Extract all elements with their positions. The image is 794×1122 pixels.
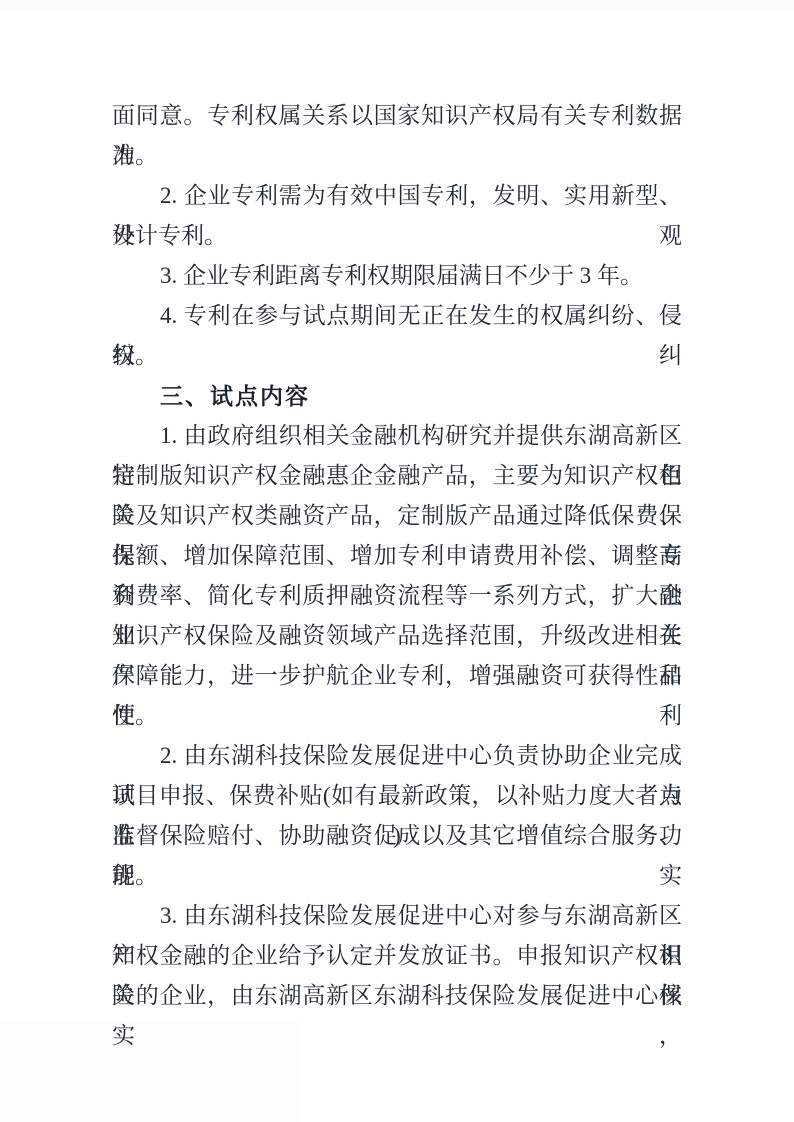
text-line: 面同意。专利权属关系以国家知识产权局有关专利数据为 — [112, 96, 682, 136]
section-heading: 三、试点内容 — [112, 376, 682, 416]
text-line: 项目申报、保费补贴(如有最新政策，以补贴力度大者为准)、 — [112, 776, 682, 816]
text-line: 1. 由政府组织相关金融机构研究并提供东湖高新区特色 — [112, 416, 682, 456]
text-line: 险的企业，由东湖高新区东湖科技保险发展促进中心核实， — [112, 976, 682, 1016]
text-line: 3. 企业专利距离专利权期限届满日不少于 3 年。 — [112, 256, 682, 296]
text-line: 监督保险赔付、协助融资促成以及其它增值综合服务功能实 — [112, 816, 682, 856]
text-line: 保障能力，进一步护航企业专利，增强融资可获得性和便利 — [112, 656, 682, 696]
text-line: 知识产权保险及融资领域产品选择范围，升级改进相关产品 — [112, 616, 682, 656]
document-body: 面同意。专利权属关系以国家知识产权局有关专利数据为 准。 2. 企业专利需为有效… — [112, 96, 682, 1016]
text-line: 定制版知识产权金融惠企金融产品，主要为知识产权相关保 — [112, 456, 682, 496]
text-line: 2. 由东湖科技保险发展促进中心负责协助企业完成试点 — [112, 736, 682, 776]
text-line: 2. 企业专利需为有效中国专利，发明、实用新型、外观 — [112, 176, 682, 216]
text-line: 4. 专利在参与试点期间无正在发生的权属纠纷、侵权纠 — [112, 296, 682, 336]
text-line: 保额、增加保障范围、增加专利申请费用补偿、调整专利融 — [112, 536, 682, 576]
text-line: 准。 — [112, 136, 682, 176]
text-line: 资费率、简化专利质押融资流程等一系列方式，扩大企业在 — [112, 576, 682, 616]
text-line: 产权金融的企业给予认定并发放证书。申报知识产权相关保 — [112, 936, 682, 976]
text-line: 险及知识产权类融资产品，定制版产品通过降低保费、提高 — [112, 496, 682, 536]
document-page: 面同意。专利权属关系以国家知识产权局有关专利数据为 准。 2. 企业专利需为有效… — [0, 0, 794, 1122]
text-line: 3. 由东湖科技保险发展促进中心对参与东湖高新区知识 — [112, 896, 682, 936]
scan-edge-artifact — [0, 0, 794, 10]
